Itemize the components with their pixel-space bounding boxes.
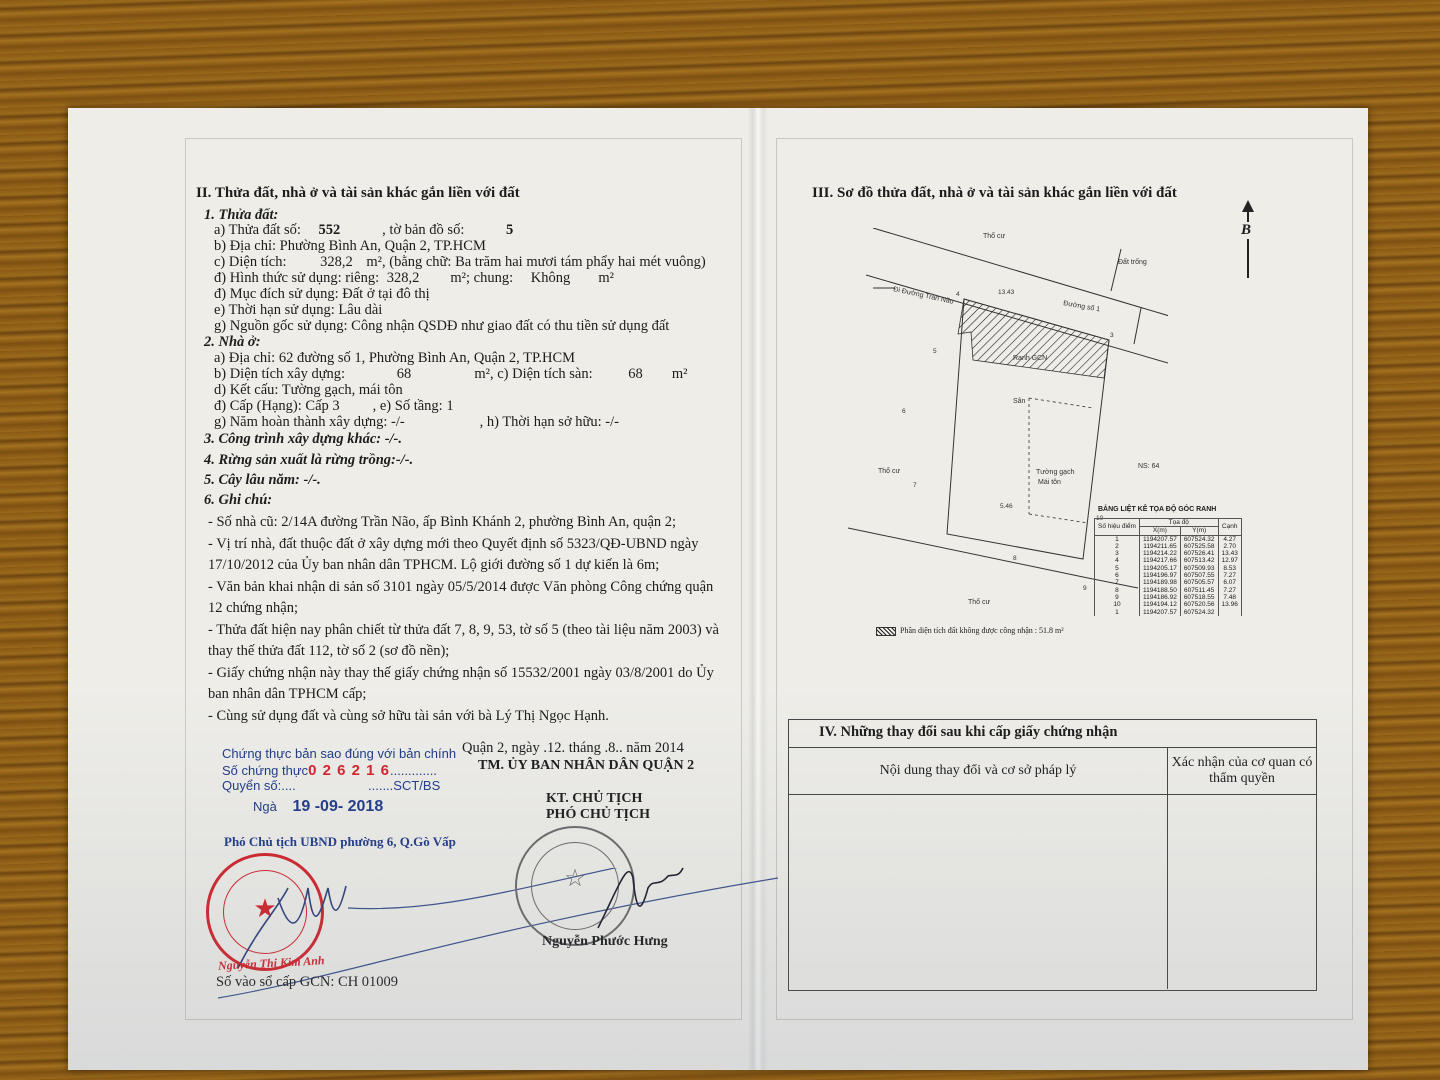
usage-form-row: đ) Hình thức sử dụng: riêng: 328,2 m²; c… <box>214 270 614 287</box>
house-area-row: b) Diện tích xây dựng: 68 m², c) Diện tí… <box>214 366 688 383</box>
svg-text:Ranh GCN: Ranh GCN <box>1013 355 1047 362</box>
svg-text:6: 6 <box>902 408 906 415</box>
district-signer-name: Nguyễn Phước Hưng <box>542 934 668 950</box>
note-item: - Số nhà cũ: 2/14A đường Trần Não, ấp Bì… <box>208 512 728 534</box>
notes-heading: 6. Ghi chú: <box>204 492 272 509</box>
svg-text:4: 4 <box>956 291 960 298</box>
hatch-legend-icon <box>876 627 896 636</box>
svg-text:Thổ cư: Thổ cư <box>968 598 991 606</box>
changes-confirm-cell <box>1168 795 1316 989</box>
diagram-legend: Phần diện tích đất không được công nhận … <box>876 626 1064 636</box>
note-item: - Thửa đất hiện nay phân chiết từ thửa đ… <box>208 620 728 663</box>
section-iii-title: III. Sơ đồ thửa đất, nhà ở và tài sản kh… <box>812 185 1177 202</box>
note-item: - Cùng sử dụng đất và cùng sở hữu tài sả… <box>208 706 728 728</box>
svg-text:Đất trống: Đất trống <box>1118 257 1147 266</box>
coordinate-table-title: BẢNG LIỆT KÊ TỌA ĐỘ GÓC RANH <box>1098 506 1216 513</box>
coordinate-row: 71194189.98607505.576.07 <box>1095 579 1242 586</box>
house-completion-row: g) Năm hoàn thành xây dựng: -/- , h) Thờ… <box>214 414 619 431</box>
signer-role-1: KT. CHỦ TỊCH <box>546 791 642 807</box>
certification-number-row: Số chứng thực0 2 6 2 1 6............. <box>222 762 437 779</box>
svg-text:Đi Đường Trần Não: Đi Đường Trần Não <box>893 284 955 306</box>
changes-content-header: Nội dung thay đổi và cơ sở pháp lý <box>789 748 1168 794</box>
svg-text:8: 8 <box>1013 555 1017 562</box>
north-arrow-icon: B <box>1238 200 1258 280</box>
svg-text:5: 5 <box>933 348 937 355</box>
usage-origin: g) Nguồn gốc sử dụng: Công nhận QSDĐ như… <box>214 318 669 335</box>
other-construction: 3. Công trình xây dựng khác: -/-. <box>204 431 402 448</box>
usage-term: e) Thời hạn sử dụng: Lâu dài <box>214 302 382 319</box>
section-ii-title: II. Thửa đất, nhà ở và tài sản khác gắn … <box>196 185 520 202</box>
signer-role-2: PHÓ CHỦ TỊCH <box>546 807 650 823</box>
svg-text:7: 7 <box>913 482 917 489</box>
book-number-row: Quyển số:...........SCT/BS <box>222 778 440 793</box>
changes-table: IV. Những thay đổi sau khi cấp giấy chứn… <box>788 719 1317 991</box>
svg-text:Thổ cư: Thổ cư <box>983 232 1006 240</box>
coordinate-row: 81194188.50607511.457.27 <box>1095 587 1242 594</box>
svg-text:Mái tôn: Mái tôn <box>1038 479 1061 486</box>
house-structure: d) Kết cấu: Tường gạch, mái tôn <box>214 382 403 399</box>
house-address: a) Địa chỉ: 62 đường số 1, Phường Bình A… <box>214 350 575 367</box>
land-area: 328,2 <box>320 254 353 270</box>
section-iv-title: IV. Những thay đổi sau khi cấp giấy chứn… <box>789 720 1316 748</box>
svg-text:Sân: Sân <box>1013 398 1026 405</box>
issuing-authority: TM. ỦY BAN NHÂN DÂN QUẬN 2 <box>478 758 694 774</box>
svg-text:NS: 64: NS: 64 <box>1138 463 1160 470</box>
note-item: - Văn bản khai nhận di sản số 3101 ngày … <box>208 577 728 620</box>
perennial-trees: 5. Cây lâu năm: -/-. <box>204 472 321 489</box>
certification-number: 0 2 6 2 1 6 <box>308 762 390 779</box>
svg-text:Thổ cư: Thổ cư <box>878 467 901 475</box>
coordinate-row: 41194217.66607513.4212.97 <box>1095 557 1242 564</box>
note-item: - Vị trí nhà, đất thuộc đất ở xây dựng m… <box>208 534 728 577</box>
svg-text:3: 3 <box>1110 332 1114 339</box>
issue-date: Quận 2, ngày .12. tháng .8.. năm 2014 <box>462 740 684 757</box>
svg-text:Tường gạch: Tường gạch <box>1036 469 1075 476</box>
coordinate-row: 61194196.97607507.557.27 <box>1095 572 1242 579</box>
plot-number: 552 <box>319 222 379 239</box>
district-signature <box>588 848 688 938</box>
certificate-sheet: II. Thửa đất, nhà ở và tài sản khác gắn … <box>68 108 1368 1070</box>
usage-purpose: đ) Mục đích sử dụng: Đất ở tại đô thị <box>214 286 430 303</box>
copy-certification-line: Chứng thực bản sao đúng với bản chính <box>222 746 456 761</box>
svg-text:5.46: 5.46 <box>1000 503 1013 510</box>
land-address: b) Địa chỉ: Phường Bình An, Quận 2, TP.H… <box>214 238 486 255</box>
coordinate-row: 51194205.17607509.938.53 <box>1095 565 1242 572</box>
note-item: - Giấy chứng nhận này thay thế giấy chứn… <box>208 663 728 706</box>
land-plot-number-row: a) Thửa đất số: 552 , tờ bản đồ số: 5 <box>214 222 513 239</box>
map-sheet-number: 5 <box>506 222 513 238</box>
svg-text:13.43: 13.43 <box>998 289 1015 296</box>
svg-text:9: 9 <box>1083 585 1087 592</box>
coordinate-row: 91194186.92607518.557.48 <box>1095 594 1242 601</box>
coordinate-table: Số hiệu điểmTọa độCạnh X(m)Y(m) 11194207… <box>1094 518 1242 616</box>
land-area-row: c) Diện tích: 328,2 m², (bằng chữ: Ba tr… <box>214 254 706 271</box>
registry-number: Số vào sổ cấp GCN: CH 01009 <box>216 974 398 991</box>
coordinate-row: 11194207.57607524.32 <box>1095 609 1242 616</box>
house-heading: 2. Nhà ở: <box>204 334 261 351</box>
changes-confirm-header: Xác nhận của cơ quan có thẩm quyền <box>1168 748 1316 794</box>
certifying-official: Phó Chủ tịch UBND phường 6, Q.Gò Vấp <box>224 834 456 850</box>
coordinate-row: 21194211.65607525.582.70 <box>1095 543 1242 550</box>
notes-list: - Số nhà cũ: 2/14A đường Trần Não, ấp Bì… <box>208 512 728 727</box>
changes-content-cell <box>789 795 1168 989</box>
coordinate-row: 101194194.12607520.5613.96 <box>1095 601 1242 608</box>
certification-date-row: Ngà 19 -09- 2018 <box>253 798 383 816</box>
house-grade-row: đ) Cấp (Hạng): Cấp 3 , e) Số tầng: 1 <box>214 398 454 415</box>
svg-text:Đường số 1: Đường số 1 <box>1063 298 1101 313</box>
coordinate-row: 31194214.22607526.4113.43 <box>1095 550 1242 557</box>
certification-date: 19 -09- 2018 <box>292 798 383 815</box>
coordinate-row: 11194207.57607524.324.27 <box>1095 535 1242 543</box>
production-forest: 4. Rừng sản xuất là rừng trồng:-/-. <box>204 452 413 469</box>
